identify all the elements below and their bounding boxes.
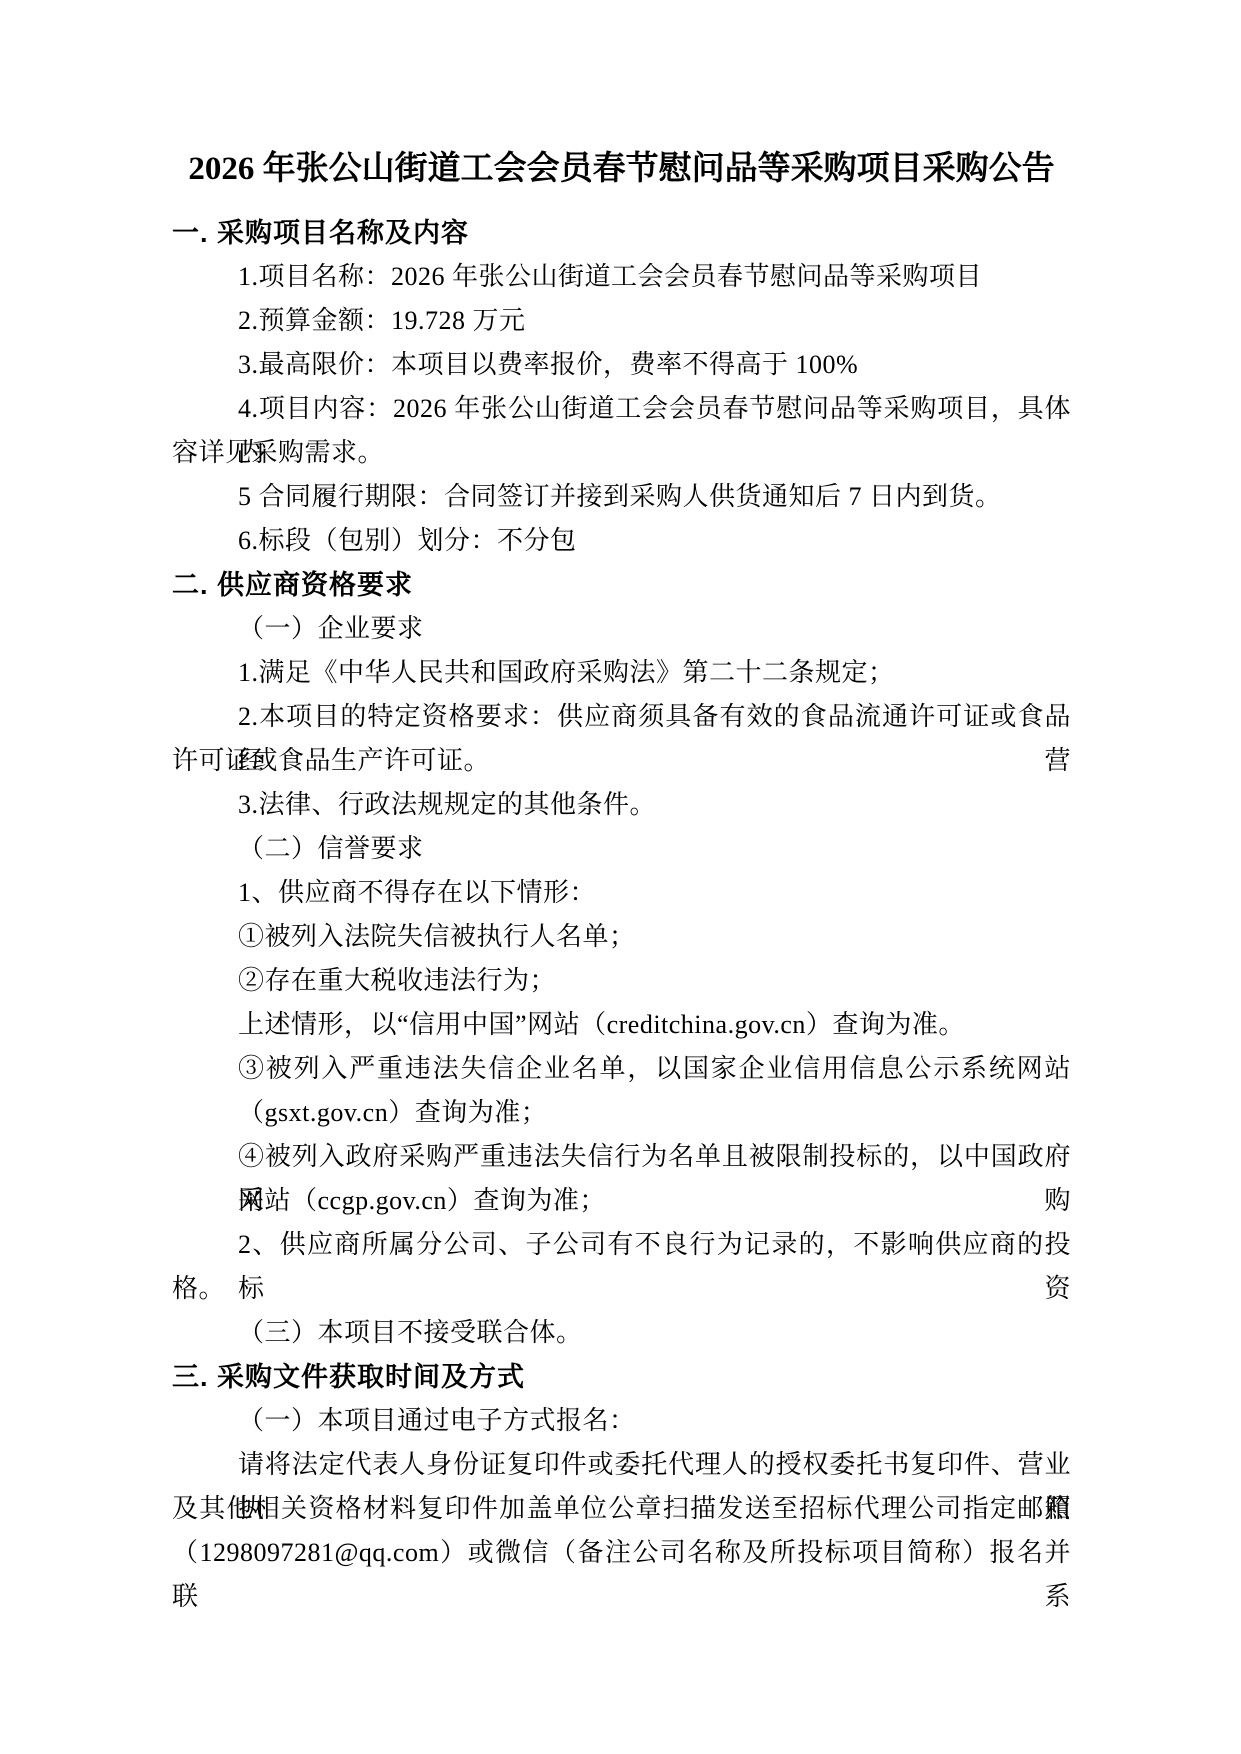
document-page: 2026 年张公山街道工会会员春节慰问品等采购项目采购公告 一. 采购项目名称及… <box>0 0 1241 1754</box>
paragraph-line: 请将法定代表人身份证复印件或委托代理人的授权委托书复印件、营业执照 <box>172 1443 1071 1487</box>
paragraph-line: （三）本项目不接受联合体。 <box>172 1311 1071 1355</box>
paragraph-line: 6.标段（包别）划分：不分包 <box>172 519 1071 563</box>
paragraph-line: 1、供应商不得存在以下情形： <box>172 871 1071 915</box>
paragraph-line: 2.预算金额：19.728 万元 <box>172 299 1071 343</box>
paragraph-line: ④被列入政府采购严重违法失信行为名单且被限制投标的，以中国政府采购 <box>172 1135 1071 1179</box>
paragraph-line: 4.项目内容：2026 年张公山街道工会会员春节慰问品等采购项目，具体内 <box>172 387 1071 431</box>
paragraph-line: 1.满足《中华人民共和国政府采购法》第二十二条规定； <box>172 651 1071 695</box>
paragraph-line: 2.本项目的特定资格要求：供应商须具备有效的食品流通许可证或食品经营 <box>172 695 1071 739</box>
document-body: 一. 采购项目名称及内容1.项目名称：2026 年张公山街道工会会员春节慰问品等… <box>172 211 1071 1575</box>
paragraph-line: 3.法律、行政法规规定的其他条件。 <box>172 783 1071 827</box>
paragraph-line: 及其他相关资格材料复印件加盖单位公章扫描发送至招标代理公司指定邮箱 <box>172 1487 1071 1531</box>
paragraph-line: （二）信誉要求 <box>172 827 1071 871</box>
paragraph-line: 1.项目名称：2026 年张公山街道工会会员春节慰问品等采购项目 <box>172 255 1071 299</box>
section-heading: 三. 采购文件获取时间及方式 <box>172 1355 1071 1399</box>
paragraph-line: 5 合同履行期限：合同签订并接到采购人供货通知后 7 日内到货。 <box>172 475 1071 519</box>
document-title: 2026 年张公山街道工会会员春节慰问品等采购项目采购公告 <box>172 143 1071 195</box>
section-heading: 一. 采购项目名称及内容 <box>172 211 1071 255</box>
paragraph-line: 3.最高限价：本项目以费率报价，费率不得高于 100% <box>172 343 1071 387</box>
paragraph-line: （gsxt.gov.cn）查询为准； <box>172 1091 1071 1135</box>
paragraph-line: （一）本项目通过电子方式报名： <box>172 1399 1071 1443</box>
paragraph-line: ③被列入严重违法失信企业名单，以国家企业信用信息公示系统网站 <box>172 1047 1071 1091</box>
paragraph-line: 2、供应商所属分公司、子公司有不良行为记录的，不影响供应商的投标资 <box>172 1223 1071 1267</box>
paragraph-line: （一）企业要求 <box>172 607 1071 651</box>
paragraph-line: ①被列入法院失信被执行人名单； <box>172 915 1071 959</box>
paragraph-line: 上述情形，以“信用中国”网站（creditchina.gov.cn）查询为准。 <box>172 1003 1071 1047</box>
paragraph-line: ②存在重大税收违法行为； <box>172 959 1071 1003</box>
paragraph-line: 容详见采购需求。 <box>172 431 1071 475</box>
section-heading: 二. 供应商资格要求 <box>172 563 1071 607</box>
paragraph-line: （1298097281@qq.com）或微信（备注公司名称及所投标项目简称）报名… <box>172 1531 1071 1575</box>
